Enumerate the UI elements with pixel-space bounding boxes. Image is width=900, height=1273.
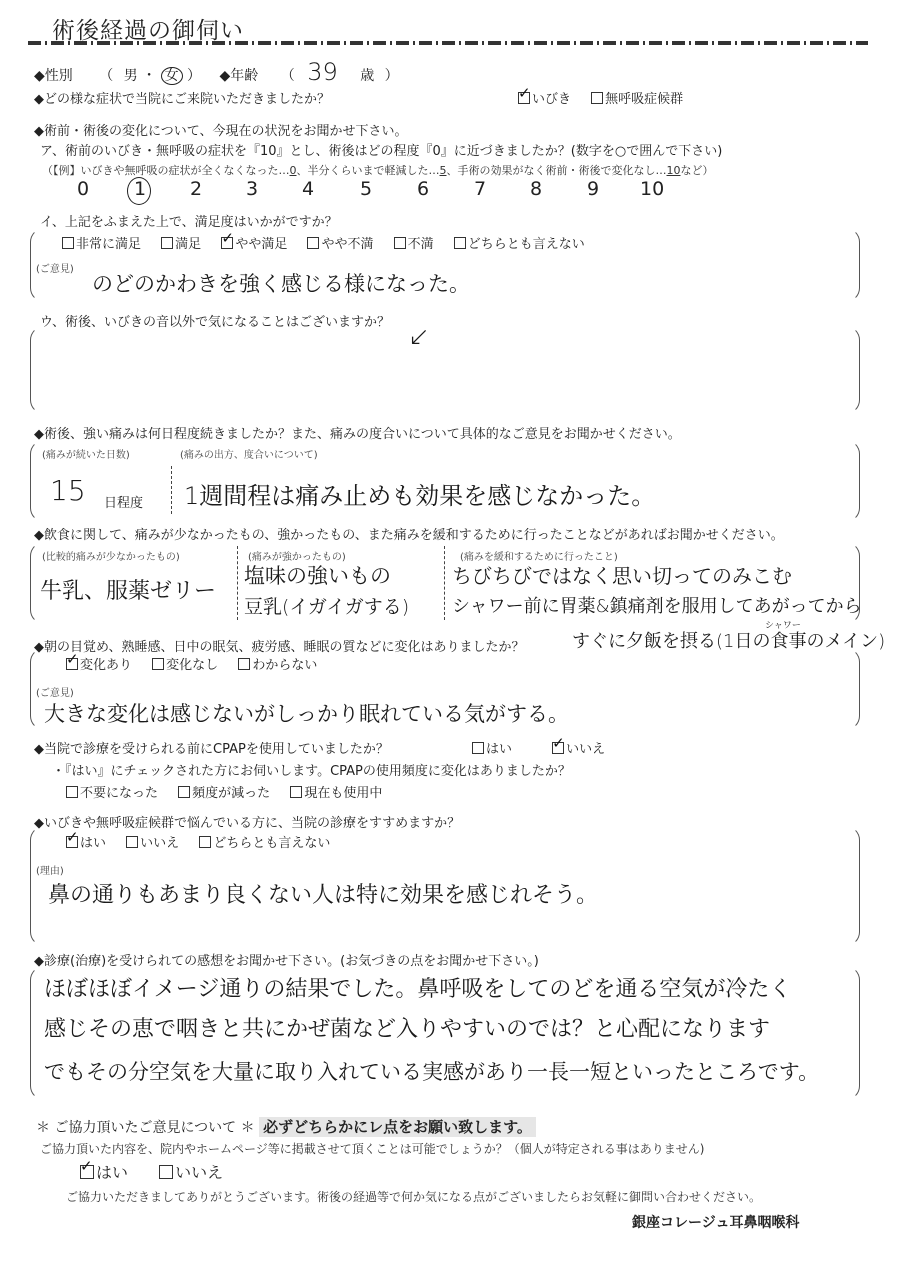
change-question: ◆術前・術後の変化について、今現在の状況をお聞かせ下さい。 bbox=[34, 120, 407, 139]
checkbox-icon[interactable] bbox=[126, 836, 138, 848]
cpap-followup-question: ・『はい』にチェックされた方にお伺いします。CPAPの使用頻度に変化はありました… bbox=[52, 760, 571, 779]
recommend-option-yes-checked[interactable]: はい bbox=[66, 832, 106, 851]
diet-relief-line1[interactable]: ちびちびではなく思い切ってのみこむ bbox=[452, 560, 792, 589]
impressions-line1[interactable]: ほぼほぼイメージ通りの結果でした。鼻呼吸をしてのどを通る空気が冷たく bbox=[44, 972, 791, 1003]
symptoms-options: いびき 無呼吸症候群 bbox=[518, 88, 699, 107]
scale-option[interactable]: 5 bbox=[360, 178, 372, 200]
pain-days-label: (痛みが続いた日数) bbox=[42, 446, 130, 461]
recommend-options: はい いいえ どちらとも言えない bbox=[66, 832, 346, 851]
satisfaction-option[interactable]: 満足 bbox=[161, 233, 201, 252]
checkbox-icon[interactable] bbox=[161, 237, 173, 249]
satisfaction-opinion-text[interactable]: のどのかわきを強く感じる様になった。 bbox=[92, 268, 470, 298]
checkbox-checked-icon[interactable] bbox=[80, 1165, 94, 1179]
change-example: （【例】いびきや無呼吸の症状が全くなくなった…0、半分くらいまで軽減した…5、手… bbox=[42, 162, 714, 178]
symptom-option-apnea[interactable]: 無呼吸症候群 bbox=[591, 88, 683, 107]
checkbox-checked-icon[interactable] bbox=[518, 92, 530, 104]
consent-option-no[interactable]: いいえ bbox=[159, 1160, 223, 1183]
checkbox-checked-icon[interactable] bbox=[66, 658, 78, 670]
recommend-reason-label: (理由) bbox=[36, 862, 64, 877]
recommend-option-no[interactable]: いいえ bbox=[126, 832, 179, 851]
checkbox-icon[interactable] bbox=[159, 1165, 173, 1179]
checkbox-icon[interactable] bbox=[152, 658, 164, 670]
gender-option-male[interactable]: 男 bbox=[124, 68, 138, 84]
scale-option[interactable]: 2 bbox=[190, 178, 202, 200]
sleep-options: 変化あり 変化なし わからない bbox=[66, 654, 333, 673]
scale-option[interactable]: 4 bbox=[302, 178, 314, 200]
diet-strong-line2[interactable]: 豆乳(イガイガする) bbox=[244, 592, 409, 619]
profile-row: ◆性別 （ 男 ・ 女 ） ◆年齢 （ 39 歳 ） bbox=[34, 58, 399, 86]
symptom-option-snoring[interactable]: いびき bbox=[518, 88, 571, 107]
cpap-followup-options: 不要になった 頻度が減った 現在も使用中 bbox=[66, 782, 398, 801]
sleep-opinion-label: (ご意見) bbox=[36, 684, 74, 699]
checkbox-icon[interactable] bbox=[472, 742, 484, 754]
age-value[interactable]: 39 bbox=[307, 58, 338, 86]
consent-heading-emphasis: 必ずどちらかにレ点をお願い致します。 bbox=[259, 1117, 536, 1137]
recommend-reason-text[interactable]: 鼻の通りもあまり良くない人は特に効果を感じれそう。 bbox=[48, 878, 598, 909]
scale-option[interactable]: 6 bbox=[417, 178, 429, 200]
selection-circle-icon bbox=[127, 177, 151, 205]
satisfaction-option[interactable]: 非常に満足 bbox=[62, 233, 141, 252]
age-label: ◆年齢 bbox=[220, 68, 259, 84]
diet-less-label: (比較的痛みが少なかったもの) bbox=[42, 548, 180, 563]
age-unit: 歳 bbox=[360, 68, 374, 84]
scale-option[interactable]: 9 bbox=[587, 178, 599, 200]
clinic-name: 銀座コレージュ耳鼻咽喉科 bbox=[632, 1212, 799, 1232]
satisfaction-opinion-label: (ご意見) bbox=[36, 260, 74, 275]
consent-thanks: ご協力いただきましてありがとうございます。術後の経過等で何か気になる点がございま… bbox=[66, 1188, 761, 1205]
scale-option[interactable]: 0 bbox=[77, 178, 89, 200]
symptom-scale: 0 1 2 3 4 5 6 7 8 9 10 bbox=[0, 178, 900, 208]
scale-option[interactable]: 10 bbox=[640, 178, 664, 200]
diet-question: ◆飲食に関して、痛みが少なかったもの、強かったもの、また痛みを緩和するために行っ… bbox=[34, 524, 784, 543]
checkbox-checked-icon[interactable] bbox=[552, 742, 564, 754]
sleep-option-checked[interactable]: 変化あり bbox=[66, 654, 132, 673]
scale-option[interactable]: 7 bbox=[474, 178, 486, 200]
diet-less-text[interactable]: 牛乳、服薬ゼリー bbox=[40, 574, 216, 605]
satisfaction-option[interactable]: どちらとも言えない bbox=[454, 233, 585, 252]
cpap-question: ◆当院で診療を受けられる前にCPAPを使用していましたか？ bbox=[34, 738, 389, 757]
checkbox-icon[interactable] bbox=[454, 237, 466, 249]
diet-column-divider bbox=[237, 546, 238, 620]
cpap-options: はい いいえ bbox=[472, 738, 621, 757]
gender-label: ◆性別 bbox=[34, 68, 73, 84]
scale-option[interactable]: 3 bbox=[246, 178, 258, 200]
gender-option-female-selected[interactable]: 女 bbox=[161, 67, 183, 85]
checkbox-icon[interactable] bbox=[238, 658, 250, 670]
checkbox-checked-icon[interactable] bbox=[221, 237, 233, 249]
pain-detail-text[interactable]: 1週間程は痛み止めも効果を感じなかった。 bbox=[184, 476, 655, 511]
impressions-line3[interactable]: でもその分空気を大量に取り入れている実感があり一長一短といったところです。 bbox=[44, 1056, 819, 1086]
cpap-followup-option[interactable]: 現在も使用中 bbox=[290, 782, 382, 801]
pain-detail-label: (痛みの出方、度合いについて) bbox=[180, 446, 318, 461]
diet-relief-annotation: シャワー bbox=[765, 618, 801, 631]
consent-question: ご協力頂いた内容を、院内やホームページ等に掲載させて頂くことは可能でしょうか？（… bbox=[40, 1140, 704, 1157]
checkbox-icon[interactable] bbox=[178, 786, 190, 798]
cpap-option-no-checked[interactable]: いいえ bbox=[552, 738, 605, 757]
satisfaction-option[interactable]: 不満 bbox=[394, 233, 434, 252]
satisfaction-option[interactable]: やや不満 bbox=[307, 233, 373, 252]
diet-strong-line1[interactable]: 塩味の強いもの bbox=[244, 560, 391, 590]
concerns-answer-box[interactable] bbox=[30, 326, 860, 414]
checkbox-icon[interactable] bbox=[62, 237, 74, 249]
diet-relief-line2[interactable]: シャワー前に胃薬&鎮痛剤を服用してあがってから bbox=[452, 592, 862, 618]
sleep-option[interactable]: わからない bbox=[238, 654, 317, 673]
satisfaction-options: 非常に満足 満足 やや満足 やや不満 不満 どちらとも言えない bbox=[62, 233, 601, 252]
checkbox-icon[interactable] bbox=[591, 92, 603, 104]
checkbox-icon[interactable] bbox=[199, 836, 211, 848]
consent-option-yes-checked[interactable]: はい bbox=[80, 1160, 128, 1183]
title-divider bbox=[28, 41, 868, 45]
pain-days-value[interactable]: 15 bbox=[50, 474, 86, 507]
cpap-option-yes[interactable]: はい bbox=[472, 738, 512, 757]
scale-option[interactable]: 8 bbox=[530, 178, 542, 200]
sleep-opinion-text[interactable]: 大きな変化は感じないがしっかり眠れている気がする。 bbox=[44, 698, 569, 728]
checkbox-checked-icon[interactable] bbox=[66, 836, 78, 848]
consent-heading: ＊ ご協力頂いたご意見について ＊ 必ずどちらかにレ点をお願い致します。 bbox=[36, 1116, 536, 1137]
diet-column-divider bbox=[444, 546, 445, 620]
change-a-question: ア、術前のいびき・無呼吸の症状を『10』とし、術後はどの程度『0』に近づきました… bbox=[40, 140, 722, 159]
pain-column-divider bbox=[171, 466, 172, 514]
impressions-line2[interactable]: 感じその恵で咽きと共にかぜ菌など入りやすいのでは？と心配になります bbox=[44, 1012, 770, 1043]
checkbox-icon[interactable] bbox=[307, 237, 319, 249]
cpap-followup-option[interactable]: 頻度が減った bbox=[178, 782, 270, 801]
symptoms-question: ◆どの様な症状で当院にご来院いただきましたか？ bbox=[34, 88, 330, 107]
sleep-option[interactable]: 変化なし bbox=[152, 654, 218, 673]
pain-days-unit: 日程度 bbox=[104, 492, 143, 511]
recommend-option-neutral[interactable]: どちらとも言えない bbox=[199, 832, 330, 851]
satisfaction-option-checked[interactable]: やや満足 bbox=[221, 233, 287, 252]
checkbox-icon[interactable] bbox=[66, 786, 78, 798]
consent-options: はい いいえ bbox=[80, 1160, 239, 1183]
cpap-followup-option[interactable]: 不要になった bbox=[66, 782, 158, 801]
checkbox-icon[interactable] bbox=[290, 786, 302, 798]
checkbox-icon[interactable] bbox=[394, 237, 406, 249]
